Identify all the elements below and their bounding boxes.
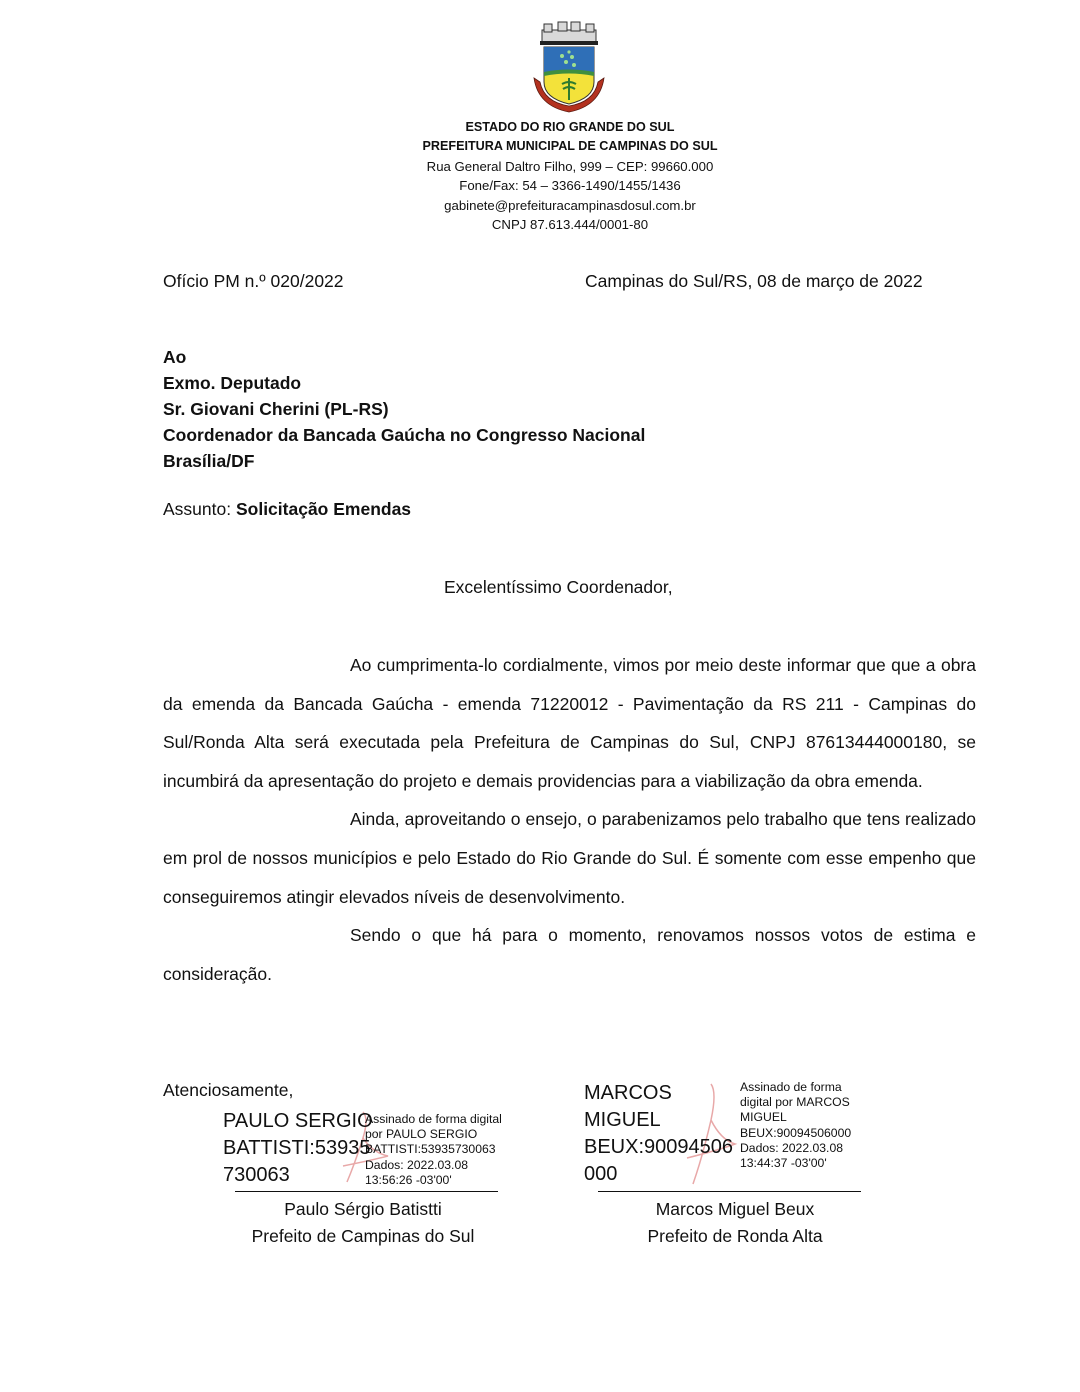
signer-title: Prefeito de Campinas do Sul — [218, 1223, 508, 1250]
cert-name-line: MIGUEL — [584, 1107, 733, 1134]
letterhead-phone: Fone/Fax: 54 – 3366-1490/1455/1436 — [300, 176, 840, 195]
letterhead-email: gabinete@prefeituracampinasdosul.com.br — [300, 196, 840, 215]
cert-meta-line: Dados: 2022.03.08 — [740, 1141, 851, 1156]
signer-name: Paulo Sérgio Batistti — [218, 1196, 508, 1223]
body-paragraph: Ao cumprimenta-lo cordialmente, vimos po… — [163, 646, 976, 800]
cert-meta-line: 13:44:37 -03'00' — [740, 1156, 851, 1171]
signer-name: Marcos Miguel Beux — [590, 1196, 880, 1223]
letterhead-prefeitura: PREFEITURA MUNICIPAL DE CAMPINAS DO SUL — [300, 137, 840, 156]
cert-name-line: BEUX:90094506 — [584, 1134, 733, 1161]
recipient-line: Ao — [163, 344, 645, 370]
signer-cert-meta: Assinado de forma digital por MARCOS MIG… — [740, 1080, 851, 1171]
place-date: Campinas do Sul/RS, 08 de março de 2022 — [585, 271, 923, 292]
cert-meta-line: 13:56:26 -03'00' — [365, 1173, 502, 1188]
cert-meta-line: por PAULO SERGIO — [365, 1127, 502, 1142]
recipient-block: Ao Exmo. Deputado Sr. Giovani Cherini (P… — [163, 344, 645, 474]
cert-meta-line: Dados: 2022.03.08 — [365, 1158, 502, 1173]
subject-label: Assunto: — [163, 499, 236, 519]
signer-block-2: Marcos Miguel Beux Prefeito de Ronda Alt… — [590, 1196, 880, 1250]
signature-line-2 — [598, 1191, 861, 1192]
salutation: Excelentíssimo Coordenador, — [444, 577, 673, 598]
oficio-number: Ofício PM n.º 020/2022 — [163, 271, 344, 292]
letter-body: Ao cumprimenta-lo cordialmente, vimos po… — [163, 646, 976, 993]
cert-meta-line: Assinado de forma — [740, 1080, 851, 1095]
signature-line-1 — [235, 1191, 498, 1192]
signer-block-1: Paulo Sérgio Batistti Prefeito de Campin… — [218, 1196, 508, 1250]
body-paragraph: Ainda, aproveitando o ensejo, o parabeni… — [163, 800, 976, 916]
digital-signature-2: MARCOS MIGUEL BEUX:90094506 000 Assinado… — [584, 1080, 874, 1190]
recipient-line: Coordenador da Bancada Gaúcha no Congres… — [163, 422, 645, 448]
digital-signature-1: PAULO SERGIO BATTISTI:53935 730063 Assin… — [223, 1108, 513, 1193]
recipient-line: Sr. Giovani Cherini (PL-RS) — [163, 396, 645, 422]
recipient-line: Brasília/DF — [163, 448, 645, 474]
cert-name-line: MARCOS — [584, 1080, 733, 1107]
letterhead-address: Rua General Daltro Filho, 999 – CEP: 996… — [300, 157, 840, 176]
letterhead-cnpj: CNPJ 87.613.444/0001-80 — [300, 215, 840, 234]
cert-meta-line: BATTISTI:53935730063 — [365, 1142, 502, 1157]
closing: Atenciosamente, — [163, 1080, 293, 1101]
letterhead-state: ESTADO DO RIO GRANDE DO SUL — [300, 118, 840, 137]
body-paragraph: Sendo o que há para o momento, renovamos… — [163, 916, 976, 993]
subject-value: Solicitação Emendas — [236, 499, 411, 519]
cert-meta-line: BEUX:90094506000 — [740, 1126, 851, 1141]
letterhead: ESTADO DO RIO GRANDE DO SUL PREFEITURA M… — [300, 118, 840, 234]
cert-meta-line: digital por MARCOS — [740, 1095, 851, 1110]
signer-title: Prefeito de Ronda Alta — [590, 1223, 880, 1250]
cert-name-line: BATTISTI:53935 — [223, 1135, 373, 1162]
recipient-line: Exmo. Deputado — [163, 370, 645, 396]
cert-meta-line: MIGUEL — [740, 1110, 851, 1125]
cert-name-line: 730063 — [223, 1162, 373, 1189]
cert-meta-line: Assinado de forma digital — [365, 1112, 502, 1127]
cert-name-line: PAULO SERGIO — [223, 1108, 373, 1135]
coat-of-arms-logo — [528, 20, 610, 116]
cert-name-line: 000 — [584, 1161, 733, 1188]
signer-cert-name: PAULO SERGIO BATTISTI:53935 730063 — [223, 1108, 373, 1189]
subject-line: Assunto: Solicitação Emendas — [163, 499, 411, 520]
signer-cert-name: MARCOS MIGUEL BEUX:90094506 000 — [584, 1080, 733, 1188]
signer-cert-meta: Assinado de forma digital por PAULO SERG… — [365, 1112, 502, 1188]
